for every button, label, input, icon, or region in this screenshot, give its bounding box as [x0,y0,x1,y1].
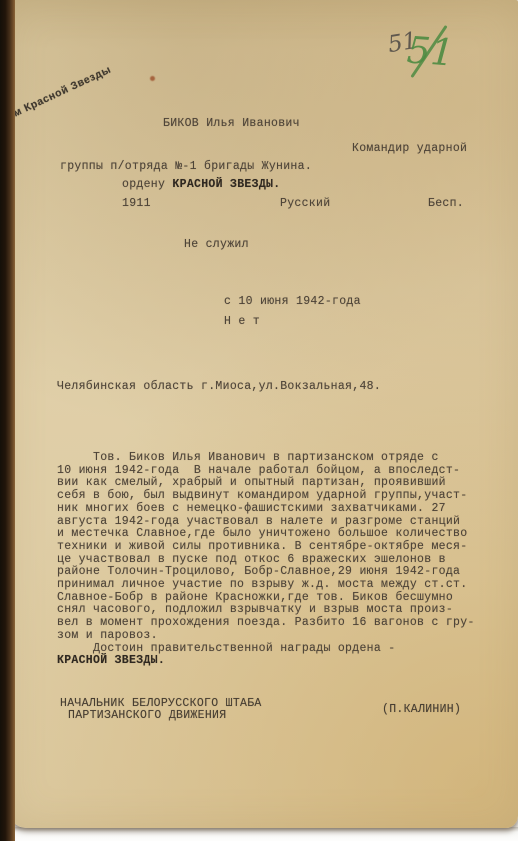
unit-line: группы п/отряда №-1 бригады Жунина. [60,161,312,174]
person-name: БИКОВ Илья Иванович [163,118,300,131]
citation-award-overstruck: КРАСНОЙ ЗВЕЗДЫ. [57,655,165,668]
birth-year: 1911 [122,198,151,211]
award-name-overstruck: КРАСНОЙ ЗВЕЗДЫ. [172,178,280,191]
citation-line: ник многих боев с немецко-фашистскими за… [57,503,487,516]
citation-paragraph: Тов. Биков Илья Иванович в партизанском … [57,452,487,655]
nationality: Русский [280,198,330,211]
rank-line: Командир ударной [352,143,467,156]
citation-line: себя в бою, был выдвинут командиром удар… [57,490,487,503]
citation-line: техники и живой силы противника. В сентя… [57,541,487,554]
typewritten-text-layer: БИКОВ Илья Иванович Командир ударной гру… [0,0,518,841]
citation-line: зом и паровоз. [57,630,487,643]
wounds-answer: Н е т [224,316,260,329]
party-status: Бесп. [428,198,464,211]
award-prefix: ордену [122,178,172,191]
partisan-since-date: с 10 июня 1942-года [224,296,361,309]
citation-line: принимал личное участие по взрыву ж.д. м… [57,579,487,592]
document-scan: { "colors": { "paper": "#ddcba4", "typew… [0,0,518,841]
signer-name: (П.КАЛИНИН) [382,704,461,717]
citation-line: Тов. Биков Илья Иванович в партизанском … [57,452,487,465]
army-service: Не служил [184,239,249,252]
signature-title-line2: ПАРТИЗАНСКОГО ДВИЖЕНИЯ [68,710,226,723]
book-binding-edge [0,0,15,841]
citation-line: вел в момент прохождения поезда. Разбито… [57,617,487,630]
home-address: Челябинская область г.Миоса,ул.Вокзальна… [57,381,381,394]
award-line: ордену КРАСНОЙ ЗВЕЗДЫ. [122,179,280,192]
